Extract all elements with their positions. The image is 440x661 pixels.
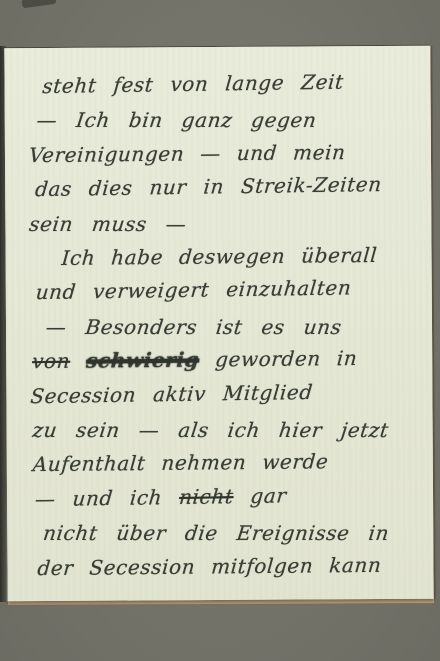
handwriting-text: — Ich bin ganz gegen [35, 109, 318, 133]
handwriting-text: zu sein — als ich hier jetzt [31, 418, 390, 442]
handwriting-text: — Besonders ist es uns [45, 315, 344, 339]
handwriting-line: nicht über die Ereignisse in [41, 516, 421, 550]
handwriting-text: gar [233, 483, 288, 508]
handwritten-lines: steht fest von lange Zeit— Ich bin ganz … [28, 67, 419, 585]
handwriting-text: und verweigert einzuhalten [35, 276, 353, 305]
handwriting-line: sein muss — [27, 207, 419, 241]
handwriting-line: steht fest von lange Zeit [41, 64, 418, 104]
handwriting-text: nicht über die Ereignisse in [42, 521, 391, 545]
handwriting-line: — Ich bin ganz gegen [35, 104, 419, 138]
handwriting-text: geworden in [198, 346, 358, 372]
handwriting-struck-word: nicht [178, 484, 235, 509]
handwriting-text: der Secession mitfolgen kann [37, 552, 383, 579]
handwriting-text: das dies nur in Streik-Zeiten [34, 172, 383, 201]
handwriting-text: steht fest von lange Zeit [41, 70, 344, 99]
photo-corner-artifact [22, 0, 57, 8]
handwriting-line: — und ich nicht gar [34, 476, 421, 516]
handwriting-text: sein muss — [28, 212, 188, 236]
handwriting-line: von schwierig geworden in [31, 341, 420, 379]
handwriting-line: der Secession mitfolgen kann [36, 547, 421, 585]
handwriting-line: — Besonders ist es uns [44, 310, 420, 344]
handwriting-line: Secession aktiv Mitglied [29, 373, 420, 413]
handwriting-line: und verweigert einzuhalten [34, 270, 419, 310]
handwriting-struck-word: von [31, 349, 71, 373]
handwriting-text: Aufenthalt nehmen werde [32, 450, 330, 477]
letter-photograph: steht fest von lange Zeit— Ich bin ganz … [0, 0, 440, 661]
letter-page: steht fest von lange Zeit— Ich bin ganz … [4, 46, 433, 602]
handwriting-text: Secession aktiv Mitglied [29, 380, 314, 408]
handwriting-struck-word: schwierig [85, 348, 200, 373]
handwriting-text: Ich habe deswegen überall [61, 243, 379, 270]
handwriting-line: zu sein — als ich hier jetzt [31, 413, 421, 447]
handwriting-text: Vereinigungen — und mein [28, 140, 347, 167]
handwriting-line: das dies nur in Streik-Zeiten [34, 167, 419, 207]
handwriting-text: — und ich [34, 485, 180, 511]
